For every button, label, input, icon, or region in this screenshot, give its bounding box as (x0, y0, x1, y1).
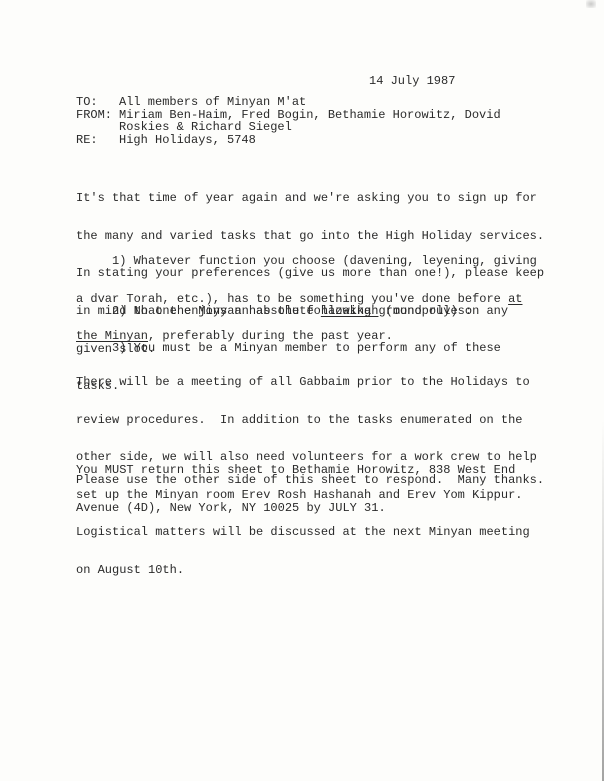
return-line: Avenue (4D), New York, NY 10025 by JULY … (76, 502, 515, 515)
re-label: RE: (76, 133, 98, 147)
meeting-line: There will be a meeting of all Gabbaim p… (76, 376, 537, 389)
underlined-term: hazakkah (321, 304, 379, 318)
closing-line: Please use the other side of this sheet … (76, 474, 544, 487)
intro-line: It's that time of year again and we're a… (76, 192, 544, 205)
underlined-phrase: at (508, 292, 522, 306)
rule-2-text: (monopoly) on any (378, 304, 508, 318)
meeting-line: Logistical matters will be discussed at … (76, 526, 537, 539)
rule-2-line: 2) No one enjoys an absolute hazakkah (m… (76, 305, 508, 318)
memo-date: 14 July 1987 (369, 75, 455, 87)
rule-1-line: 1) Whatever function you choose (davenin… (76, 255, 537, 268)
from-label: FROM: (76, 108, 112, 122)
rule-2-text: 2) No one enjoys an absolute (76, 304, 321, 318)
paper-smudge (586, 0, 596, 8)
meeting-line: on August 10th. (76, 564, 537, 577)
re-value: High Holidays, 5748 (119, 133, 256, 147)
meeting-line: review procedures. In addition to the ta… (76, 414, 537, 427)
